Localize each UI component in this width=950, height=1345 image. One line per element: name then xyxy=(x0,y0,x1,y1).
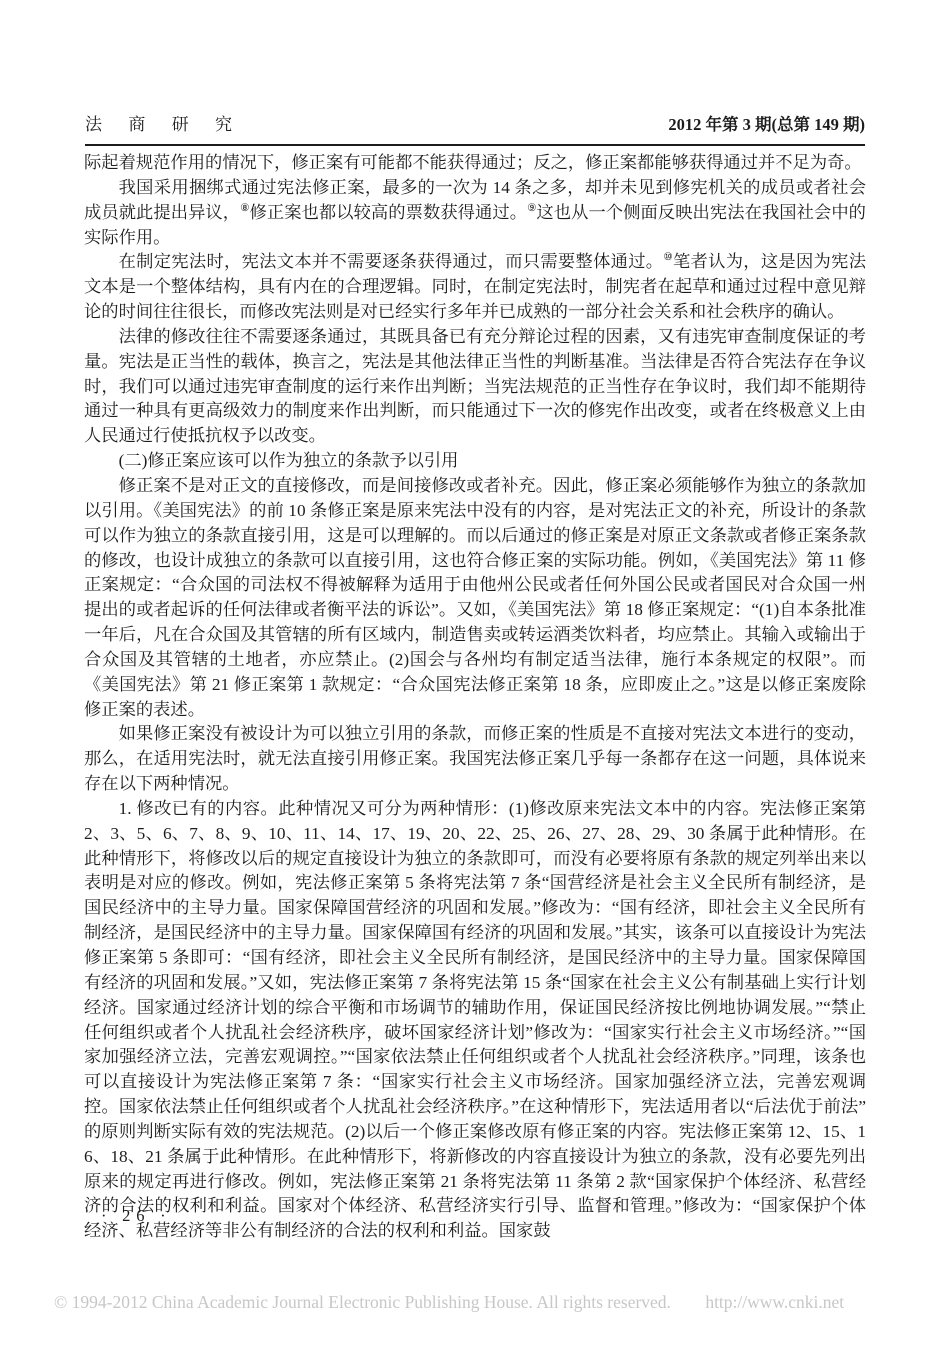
copyright-text: © 1994-2012 China Academic Journal Elect… xyxy=(54,1292,671,1312)
paragraph: 际起着规范作用的情况下，修正案有可能都不能获得通过；反之，修正案都能够获得通过并… xyxy=(84,151,866,176)
issue-info: 2012 年第 3 期(总第 149 期) xyxy=(668,111,865,135)
paragraph: 我国采用捆绑式通过宪法修正案，最多的一次为 14 条之多，却并未见到修宪机关的成… xyxy=(84,176,866,251)
running-head: 法商研究 2012 年第 3 期(总第 149 期) xyxy=(85,110,865,146)
paragraph: 法律的修改往往不需要逐条通过，其既具备已有充分辩论过程的因素，又有违宪审查制度保… xyxy=(84,325,866,449)
paragraph: 修正案不是对正文的直接修改，而是间接修改或者补充。因此，修正案必须能够作为独立的… xyxy=(84,474,866,722)
journal-title: 法商研究 xyxy=(85,110,258,135)
article-body: 际起着规范作用的情况下，修正案有可能都不能获得通过；反之，修正案都能够获得通过并… xyxy=(84,151,866,1244)
paragraph: 1. 修改已有的内容。此种情况又可分为两种情形：(1)修改原来宪法文本中的内容。… xyxy=(84,797,866,1244)
footnote-marker: ⑩ xyxy=(663,253,673,264)
footnote-marker: ⑧ xyxy=(240,203,249,214)
section-heading: (二)修正案应该可以作为独立的条款予以引用 xyxy=(84,449,866,474)
paragraph: 在制定宪法时，宪法文本并不需要逐条获得通过，而只需要整体通过。⑩笔者认为，这是因… xyxy=(84,250,866,325)
journal-page: 法商研究 2012 年第 3 期(总第 149 期) 际起着规范作用的情况下，修… xyxy=(0,0,950,1345)
cnki-url: http://www.cnki.net xyxy=(705,1292,844,1312)
watermark-footer: © 1994-2012 China Academic Journal Elect… xyxy=(54,1292,914,1313)
page-number: · 26 · xyxy=(101,1206,171,1226)
footnote-marker: ⑨ xyxy=(527,203,536,214)
paragraph: 如果修正案没有被设计为可以独立引用的条款，而修正案的性质是不直接对宪法文本进行的… xyxy=(84,722,866,797)
